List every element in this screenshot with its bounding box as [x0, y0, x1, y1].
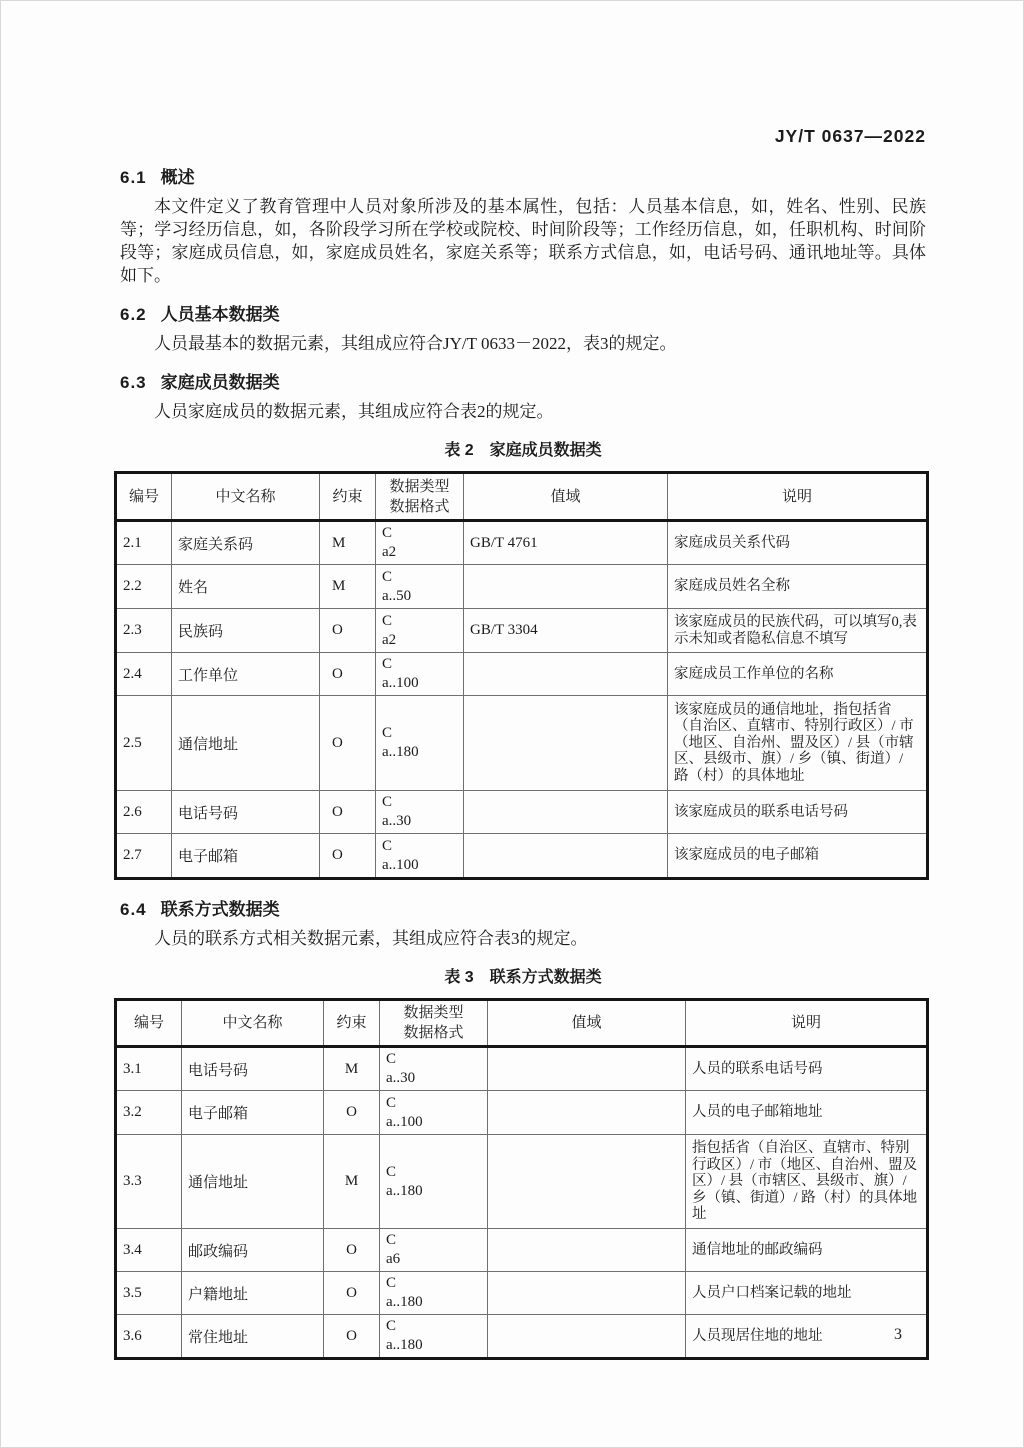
column-header-type: 数据类型 数据格式 — [376, 473, 464, 521]
cell-type-format: Ca..30 — [376, 791, 464, 834]
section-paragraph-6-4: 人员的联系方式相关数据元素，其组成应符合表3的规定。 — [120, 927, 926, 950]
cell-constraint: O — [324, 1272, 380, 1315]
cell-type-format: Ca..30 — [380, 1047, 488, 1091]
cell-type-format: Ca..50 — [376, 565, 464, 609]
cell-type-format: Ca..100 — [376, 834, 464, 879]
cell-constraint: O — [324, 1091, 380, 1135]
column-header-constraint: 约束 — [324, 1000, 380, 1047]
cell-constraint: M — [320, 521, 376, 565]
table-row: 2.2 姓名 M Ca..50 家庭成员姓名全称 — [116, 565, 928, 609]
table-caption-label: 表 3 — [444, 969, 473, 986]
cell-type-format: Ca..180 — [376, 696, 464, 791]
cell-desc: 家庭成员工作单位的名称 — [668, 653, 928, 696]
cell-constraint: O — [320, 696, 376, 791]
cell-desc: 该家庭成员的通信地址，指包括省（自治区、直辖市、特别行政区）/ 市（地区、自治州… — [668, 696, 928, 791]
column-header-constraint: 约束 — [320, 473, 376, 521]
section-paragraph-6-3: 人员家庭成员的数据元素，其组成应符合表2的规定。 — [120, 400, 926, 423]
cell-type-format: Ca..180 — [380, 1315, 488, 1359]
section-number: 6.4 — [120, 900, 147, 919]
page-content: JY/T 0637—2022 6.1概述 本文件定义了教育管理中人员对象所涉及的… — [120, 126, 926, 1360]
cell-name: 民族码 — [172, 609, 320, 653]
cell-id: 3.2 — [116, 1091, 182, 1135]
cell-id: 3.6 — [116, 1315, 182, 1359]
cell-desc: 该家庭成员的电子邮箱 — [668, 834, 928, 879]
cell-id: 2.6 — [116, 791, 172, 834]
cell-desc: 人员户口档案记载的地址 — [686, 1272, 928, 1315]
table-row: 2.7 电子邮箱 O Ca..100 该家庭成员的电子邮箱 — [116, 834, 928, 879]
table-2-caption: 表 2家庭成员数据类 — [120, 437, 926, 460]
cell-range — [464, 565, 668, 609]
table-row: 3.4 邮政编码 O Ca6 通信地址的邮政编码 — [116, 1229, 928, 1272]
cell-name: 通信地址 — [182, 1135, 324, 1229]
table-row: 3.3 通信地址 M Ca..180 指包括省（自治区、直辖市、特别行政区）/ … — [116, 1135, 928, 1229]
cell-type-format: Ca..100 — [380, 1091, 488, 1135]
section-number: 6.1 — [120, 168, 147, 187]
cell-range — [464, 791, 668, 834]
table-row: 3.1 电话号码 M Ca..30 人员的联系电话号码 — [116, 1047, 928, 1091]
cell-range: GB/T 4761 — [464, 521, 668, 565]
section-heading-6-2: 6.2人员基本数据类 — [120, 300, 926, 325]
cell-range — [488, 1272, 686, 1315]
cell-range — [488, 1315, 686, 1359]
cell-type-format: Ca..100 — [376, 653, 464, 696]
section-number: 6.2 — [120, 305, 147, 324]
table-row: 3.5 户籍地址 O Ca..180 人员户口档案记载的地址 — [116, 1272, 928, 1315]
cell-desc: 该家庭成员的联系电话号码 — [668, 791, 928, 834]
section-title: 家庭成员数据类 — [161, 373, 280, 392]
cell-id: 2.3 — [116, 609, 172, 653]
cell-range — [464, 834, 668, 879]
cell-type-format: Ca..180 — [380, 1135, 488, 1229]
cell-name: 电话号码 — [172, 791, 320, 834]
cell-name: 邮政编码 — [182, 1229, 324, 1272]
cell-desc: 该家庭成员的民族代码，可以填写0,表示未知或者隐私信息不填写 — [668, 609, 928, 653]
section-heading-6-4: 6.4联系方式数据类 — [120, 895, 926, 920]
cell-desc: 家庭成员姓名全称 — [668, 565, 928, 609]
cell-type-format: Ca2 — [376, 609, 464, 653]
cell-type-format: Ca..180 — [380, 1272, 488, 1315]
cell-range — [488, 1229, 686, 1272]
table-row: 2.5 通信地址 O Ca..180 该家庭成员的通信地址，指包括省（自治区、直… — [116, 696, 928, 791]
table-row: 3.2 电子邮箱 O Ca..100 人员的电子邮箱地址 — [116, 1091, 928, 1135]
cell-id: 2.1 — [116, 521, 172, 565]
cell-id: 3.1 — [116, 1047, 182, 1091]
table-row: 2.6 电话号码 O Ca..30 该家庭成员的联系电话号码 — [116, 791, 928, 834]
cell-name: 电话号码 — [182, 1047, 324, 1091]
column-header-name: 中文名称 — [172, 473, 320, 521]
cell-range — [488, 1091, 686, 1135]
column-header-id: 编号 — [116, 1000, 182, 1047]
column-header-id: 编号 — [116, 473, 172, 521]
section-paragraph-6-2: 人员最基本的数据元素，其组成应符合JY/T 0633－2022，表3的规定。 — [120, 332, 926, 355]
cell-type-format: Ca2 — [376, 521, 464, 565]
column-header-range: 值域 — [464, 473, 668, 521]
section-heading-6-3: 6.3家庭成员数据类 — [120, 368, 926, 393]
cell-constraint: O — [320, 653, 376, 696]
table-3-caption: 表 3联系方式数据类 — [120, 964, 926, 987]
cell-name: 姓名 — [172, 565, 320, 609]
table-2-family-members: 编号 中文名称 约束 数据类型 数据格式 值域 说明 2.1 家庭关系码 M C… — [114, 471, 929, 880]
column-header-name: 中文名称 — [182, 1000, 324, 1047]
section-title: 人员基本数据类 — [161, 305, 280, 324]
cell-range — [464, 653, 668, 696]
cell-range: GB/T 3304 — [464, 609, 668, 653]
section-title: 联系方式数据类 — [161, 900, 280, 919]
cell-id: 3.4 — [116, 1229, 182, 1272]
cell-desc: 人员的联系电话号码 — [686, 1047, 928, 1091]
section-number: 6.3 — [120, 373, 147, 392]
table-row: 2.4 工作单位 O Ca..100 家庭成员工作单位的名称 — [116, 653, 928, 696]
table-caption-title: 家庭成员数据类 — [490, 442, 602, 459]
cell-range — [488, 1135, 686, 1229]
cell-constraint: O — [320, 791, 376, 834]
table-header-row: 编号 中文名称 约束 数据类型 数据格式 值域 说明 — [116, 473, 928, 521]
cell-desc: 通信地址的邮政编码 — [686, 1229, 928, 1272]
column-header-desc: 说明 — [668, 473, 928, 521]
table-3-contact-info: 编号 中文名称 约束 数据类型 数据格式 值域 说明 3.1 电话号码 M Ca… — [114, 998, 929, 1360]
cell-id: 2.7 — [116, 834, 172, 879]
cell-desc: 人员现居住地的地址 — [686, 1315, 928, 1359]
cell-constraint: O — [324, 1229, 380, 1272]
cell-id: 3.3 — [116, 1135, 182, 1229]
table-row: 2.1 家庭关系码 M Ca2 GB/T 4761 家庭成员关系代码 — [116, 521, 928, 565]
cell-name: 家庭关系码 — [172, 521, 320, 565]
page-number: 3 — [894, 1326, 902, 1344]
cell-desc: 家庭成员关系代码 — [668, 521, 928, 565]
column-header-range: 值域 — [488, 1000, 686, 1047]
cell-desc: 指包括省（自治区、直辖市、特别行政区）/ 市（地区、自治州、盟及区）/ 县（市辖… — [686, 1135, 928, 1229]
table-row: 2.3 民族码 O Ca2 GB/T 3304 该家庭成员的民族代码，可以填写0… — [116, 609, 928, 653]
cell-constraint: O — [320, 834, 376, 879]
cell-name: 电子邮箱 — [182, 1091, 324, 1135]
table-header-row: 编号 中文名称 约束 数据类型 数据格式 值域 说明 — [116, 1000, 928, 1047]
section-title: 概述 — [161, 168, 195, 187]
cell-id: 2.5 — [116, 696, 172, 791]
cell-constraint: M — [324, 1047, 380, 1091]
cell-id: 3.5 — [116, 1272, 182, 1315]
cell-name: 常住地址 — [182, 1315, 324, 1359]
table-caption-title: 联系方式数据类 — [490, 969, 602, 986]
cell-type-format: Ca6 — [380, 1229, 488, 1272]
cell-range — [488, 1047, 686, 1091]
cell-constraint: O — [324, 1315, 380, 1359]
table-caption-label: 表 2 — [444, 442, 473, 459]
cell-id: 2.2 — [116, 565, 172, 609]
table-row: 3.6 常住地址 O Ca..180 人员现居住地的地址 — [116, 1315, 928, 1359]
column-header-type: 数据类型 数据格式 — [380, 1000, 488, 1047]
cell-desc: 人员的电子邮箱地址 — [686, 1091, 928, 1135]
cell-name: 电子邮箱 — [172, 834, 320, 879]
document-page: JY/T 0637—2022 6.1概述 本文件定义了教育管理中人员对象所涉及的… — [0, 0, 1024, 1448]
cell-constraint: O — [320, 609, 376, 653]
cell-constraint: M — [324, 1135, 380, 1229]
section-heading-6-1: 6.1概述 — [120, 163, 926, 188]
cell-constraint: M — [320, 565, 376, 609]
cell-name: 户籍地址 — [182, 1272, 324, 1315]
column-header-desc: 说明 — [686, 1000, 928, 1047]
cell-name: 通信地址 — [172, 696, 320, 791]
cell-id: 2.4 — [116, 653, 172, 696]
section-paragraph-6-1: 本文件定义了教育管理中人员对象所涉及的基本属性，包括：人员基本信息，如，姓名、性… — [120, 195, 926, 287]
cell-range — [464, 696, 668, 791]
cell-name: 工作单位 — [172, 653, 320, 696]
doc-reference-number: JY/T 0637—2022 — [120, 126, 926, 147]
